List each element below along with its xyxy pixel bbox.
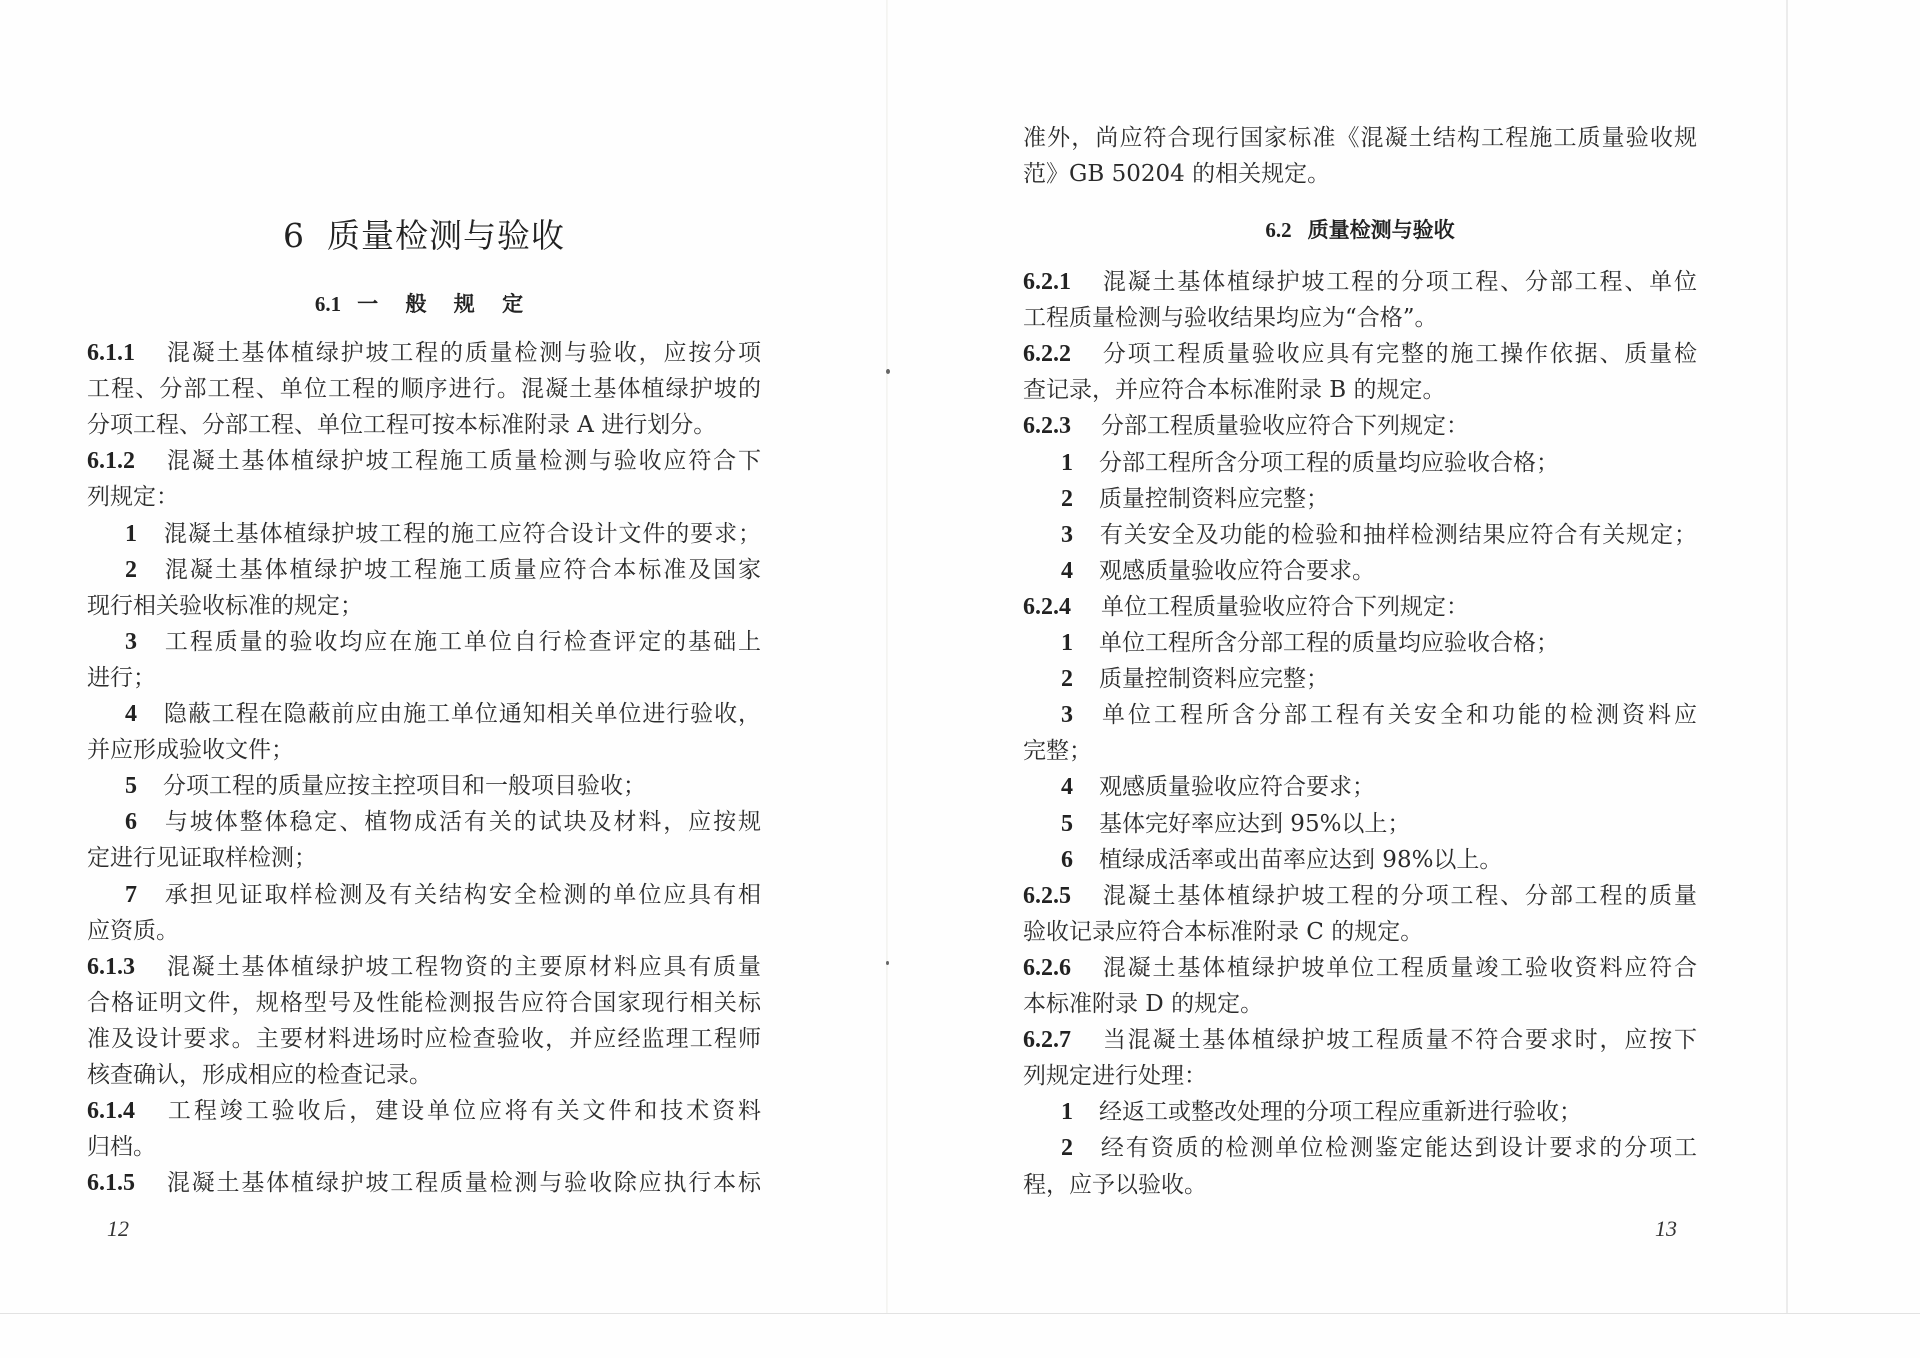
line-text: 观感质量验收应符合要求。 (1099, 558, 1375, 584)
clause-line: 6.2.1混凝土基体植绿护坡工程的分项工程、分部工程、单位 (1023, 264, 1697, 300)
list-item-line: 3工程质量的验收均应在施工单位自行检查评定的基础上 (125, 624, 761, 660)
line-text: 混凝土基体植绿护坡工程的质量检测与验收，应按分项 (165, 340, 761, 366)
text-line: 工程质量检测与验收结果均应为“合格”。 (1023, 300, 1697, 336)
left-page: 6质量检测与验收 6.1一 般 规 定 6.1.1混凝土基体植绿护坡工程的质量检… (87, 0, 787, 1313)
line-text: 单位工程所含分部工程有关安全和功能的检测资料应 (1099, 702, 1697, 728)
line-text: 进行； (87, 665, 156, 691)
item-number: 4 (125, 696, 163, 732)
list-item-line: 1混凝土基体植绿护坡工程的施工应符合设计文件的要求； (125, 516, 761, 552)
line-text: 与坡体整体稳定、植物成活有关的试块及材料，应按规 (163, 809, 761, 835)
text-line: 程，应予以验收。 (1023, 1167, 1697, 1203)
clause-number: 6.2.7 (1023, 1022, 1101, 1058)
text-line: 核查确认，形成相应的检查记录。 (87, 1057, 761, 1093)
chapter-title: 6质量检测与验收 (87, 210, 761, 257)
item-number: 3 (1061, 517, 1099, 553)
line-text: 分部工程质量验收应符合下列规定： (1101, 413, 1469, 439)
line-text: 并应形成验收文件； (87, 737, 294, 763)
list-item-line: 7承担见证取样检测及有关结构安全检测的单位应具有相 (125, 877, 761, 913)
line-text: 准及设计要求。主要材料进场时应检查验收，并应经监理工程师 (87, 1026, 761, 1052)
text-line: 准及设计要求。主要材料进场时应检查验收，并应经监理工程师 (87, 1021, 761, 1057)
text-line: 本标准附录 D 的规定。 (1023, 986, 1697, 1022)
line-text: 基体完好率应达到 95%以上； (1099, 811, 1410, 837)
clause-line: 6.1.2混凝土基体植绿护坡工程施工质量检测与验收应符合下 (87, 443, 761, 479)
list-item-line: 5基体完好率应达到 95%以上； (1061, 806, 1697, 842)
clause-line: 6.1.1混凝土基体植绿护坡工程的质量检测与验收，应按分项 (87, 335, 761, 371)
clause-number: 6.1.5 (87, 1165, 165, 1201)
section-title-text: 一 般 规 定 (357, 292, 533, 316)
line-text: 混凝土基体植绿护坡工程施工质量检测与验收应符合下 (165, 448, 761, 474)
line-text: 混凝土基体植绿护坡工程施工质量应符合本标准及国家 (163, 557, 761, 583)
item-number: 5 (125, 768, 163, 804)
scan-speck (886, 369, 890, 374)
line-text: 当混凝土基体植绿护坡工程质量不符合要求时，应按下 (1101, 1027, 1697, 1053)
clause-number: 6.2.6 (1023, 950, 1101, 986)
line-text: 本标准附录 D 的规定。 (1023, 991, 1263, 1017)
clause-line: 6.2.6混凝土基体植绿护坡单位工程质量竣工验收资料应符合 (1023, 950, 1697, 986)
page-edge-bottom (0, 1313, 1920, 1314)
section-title-text: 质量检测与验收 (1308, 218, 1455, 242)
line-text: 范》GB 50204 的相关规定。 (1023, 161, 1330, 187)
list-item-line: 2质量控制资料应完整； (1061, 661, 1697, 697)
item-number: 1 (125, 516, 163, 552)
item-number: 2 (1061, 661, 1099, 697)
list-item-line: 1单位工程所含分部工程的质量均应验收合格； (1061, 625, 1697, 661)
clause-number: 6.2.3 (1023, 408, 1101, 444)
page-number: 12 (107, 1216, 129, 1242)
clause-line: 6.2.7当混凝土基体植绿护坡工程质量不符合要求时，应按下 (1023, 1022, 1697, 1058)
line-text: 经返工或整改处理的分项工程应重新进行验收； (1099, 1099, 1582, 1125)
item-number: 2 (1061, 481, 1099, 517)
line-text: 应资质。 (87, 918, 179, 944)
list-item-line: 4隐蔽工程在隐蔽前应由施工单位通知相关单位进行验收， (125, 696, 761, 732)
clause-line: 6.2.2分项工程质量验收应具有完整的施工操作依据、质量检 (1023, 336, 1697, 372)
page-number: 13 (1655, 1216, 1677, 1242)
line-text: 工程竣工验收后，建设单位应将有关文件和技术资料 (165, 1098, 761, 1124)
text-line: 列规定： (87, 479, 761, 515)
text-line: 现行相关验收标准的规定； (87, 588, 761, 624)
list-item-line: 2混凝土基体植绿护坡工程施工质量应符合本标准及国家 (125, 552, 761, 588)
text-line: 准外，尚应符合现行国家标准《混凝土结构工程施工质量验收规 (1023, 120, 1697, 156)
list-item-line: 4观感质量验收应符合要求； (1061, 769, 1697, 805)
section-title: 6.1一 般 规 定 (87, 288, 761, 318)
text-line: 分项工程、分部工程、单位工程可按本标准附录 A 进行划分。 (87, 407, 761, 443)
list-item-line: 2经有资质的检测单位检测鉴定能达到设计要求的分项工 (1061, 1130, 1697, 1166)
line-text: 植绿成活率或出苗率应达到 98%以上。 (1099, 847, 1502, 873)
line-text: 工程、分部工程、单位工程的顺序进行。混凝土基体植绿护坡的 (87, 376, 761, 402)
item-number: 1 (1061, 445, 1099, 481)
line-text: 完整； (1023, 738, 1092, 764)
line-text: 查记录，并应符合本标准附录 B 的规定。 (1023, 377, 1446, 403)
text-line: 范》GB 50204 的相关规定。 (1023, 156, 1697, 192)
line-text: 合格证明文件，规格型号及性能检测报告应符合国家现行相关标 (87, 990, 761, 1016)
line-text: 混凝土基体植绿护坡单位工程质量竣工验收资料应符合 (1101, 955, 1697, 981)
list-item-line: 1分部工程所含分项工程的质量均应验收合格； (1061, 445, 1697, 481)
item-number: 6 (125, 804, 163, 840)
line-text: 归档。 (87, 1134, 156, 1160)
list-item-line: 3有关安全及功能的检验和抽样检测结果应符合有关规定； (1061, 517, 1697, 553)
item-number: 3 (125, 624, 163, 660)
line-text: 列规定进行处理： (1023, 1063, 1207, 1089)
text-line: 工程、分部工程、单位工程的顺序进行。混凝土基体植绿护坡的 (87, 371, 761, 407)
section-title: 6.2质量检测与验收 (1023, 214, 1697, 244)
line-text: 分部工程所含分项工程的质量均应验收合格； (1099, 450, 1559, 476)
clause-number: 6.1.4 (87, 1093, 165, 1129)
line-text: 定进行见证取样检测； (87, 845, 317, 871)
section-number: 6.2 (1265, 218, 1291, 242)
line-text: 程，应予以验收。 (1023, 1172, 1207, 1198)
item-number: 2 (1061, 1130, 1099, 1166)
text-line: 验收记录应符合本标准附录 C 的规定。 (1023, 914, 1697, 950)
page-gutter (886, 0, 888, 1313)
list-item-line: 5分项工程的质量应按主控项目和一般项目验收； (125, 768, 761, 804)
list-item-line: 2质量控制资料应完整； (1061, 481, 1697, 517)
line-text: 混凝土基体植绿护坡工程物资的主要原材料应具有质量 (165, 954, 761, 980)
item-number: 1 (1061, 625, 1099, 661)
line-text: 单位工程质量验收应符合下列规定： (1101, 594, 1469, 620)
line-text: 承担见证取样检测及有关结构安全检测的单位应具有相 (163, 882, 761, 908)
clause-line: 6.2.5混凝土基体植绿护坡工程的分项工程、分部工程的质量 (1023, 878, 1697, 914)
list-item-line: 6与坡体整体稳定、植物成活有关的试块及材料，应按规 (125, 804, 761, 840)
clause-line: 6.2.3分部工程质量验收应符合下列规定： (1023, 408, 1697, 444)
clause-number: 6.2.2 (1023, 336, 1101, 372)
line-text: 验收记录应符合本标准附录 C 的规定。 (1023, 919, 1423, 945)
item-number: 4 (1061, 769, 1099, 805)
text-line: 进行； (87, 660, 761, 696)
clause-line: 6.1.5混凝土基体植绿护坡工程质量检测与验收除应执行本标 (87, 1165, 761, 1201)
item-number: 5 (1061, 806, 1099, 842)
item-number: 2 (125, 552, 163, 588)
line-text: 混凝土基体植绿护坡工程的分项工程、分部工程的质量 (1101, 883, 1697, 909)
item-number: 1 (1061, 1094, 1099, 1130)
line-text: 质量控制资料应完整； (1099, 486, 1329, 512)
line-text: 混凝土基体植绿护坡工程的施工应符合设计文件的要求； (163, 521, 761, 547)
text-line: 合格证明文件，规格型号及性能检测报告应符合国家现行相关标 (87, 985, 761, 1021)
text-line: 列规定进行处理： (1023, 1058, 1697, 1094)
line-text: 现行相关验收标准的规定； (87, 593, 363, 619)
line-text: 分项工程、分部工程、单位工程可按本标准附录 A 进行划分。 (87, 412, 716, 438)
clause-number: 6.1.3 (87, 949, 165, 985)
line-text: 工程质量检测与验收结果均应为“合格”。 (1023, 305, 1438, 331)
chapter-title-text: 质量检测与验收 (327, 216, 565, 255)
line-text: 准外，尚应符合现行国家标准《混凝土结构工程施工质量验收规 (1023, 125, 1697, 151)
line-text: 经有资质的检测单位检测鉴定能达到设计要求的分项工 (1099, 1135, 1697, 1161)
text-line: 归档。 (87, 1129, 761, 1165)
item-number: 7 (125, 877, 163, 913)
list-item-line: 4观感质量验收应符合要求。 (1061, 553, 1697, 589)
line-text: 混凝土基体植绿护坡工程的分项工程、分部工程、单位 (1101, 269, 1697, 295)
clause-number: 6.1.2 (87, 443, 165, 479)
line-text: 列规定： (87, 484, 179, 510)
line-text: 分项工程的质量应按主控项目和一般项目验收； (163, 773, 646, 799)
line-text: 观感质量验收应符合要求； (1099, 774, 1375, 800)
line-text: 质量控制资料应完整； (1099, 666, 1329, 692)
item-number: 3 (1061, 697, 1099, 733)
text-line: 定进行见证取样检测； (87, 840, 761, 876)
right-page: 准外，尚应符合现行国家标准《混凝土结构工程施工质量验收规范》GB 50204 的… (1023, 0, 1723, 1313)
line-text: 分项工程质量验收应具有完整的施工操作依据、质量检 (1101, 341, 1697, 367)
scan-speck (886, 961, 889, 965)
line-text: 核查确认，形成相应的检查记录。 (87, 1062, 432, 1088)
list-item-line: 3单位工程所含分部工程有关安全和功能的检测资料应 (1061, 697, 1697, 733)
text-line: 并应形成验收文件； (87, 732, 761, 768)
clause-number: 6.2.5 (1023, 878, 1101, 914)
text-line: 应资质。 (87, 913, 761, 949)
clause-line: 6.1.3混凝土基体植绿护坡工程物资的主要原材料应具有质量 (87, 949, 761, 985)
line-text: 隐蔽工程在隐蔽前应由施工单位通知相关单位进行验收， (163, 701, 761, 727)
chapter-number: 6 (283, 216, 305, 255)
line-text: 工程质量的验收均应在施工单位自行检查评定的基础上 (163, 629, 761, 655)
line-text: 混凝土基体植绿护坡工程质量检测与验收除应执行本标 (165, 1170, 761, 1196)
scanned-book-spread: 6质量检测与验收 6.1一 般 规 定 6.1.1混凝土基体植绿护坡工程的质量检… (0, 0, 1920, 1358)
text-line: 查记录，并应符合本标准附录 B 的规定。 (1023, 372, 1697, 408)
list-item-line: 1经返工或整改处理的分项工程应重新进行验收； (1061, 1094, 1697, 1130)
item-number: 4 (1061, 553, 1099, 589)
text-line: 完整； (1023, 733, 1697, 769)
clause-number: 6.2.1 (1023, 264, 1101, 300)
clause-line: 6.1.4工程竣工验收后，建设单位应将有关文件和技术资料 (87, 1093, 761, 1129)
clause-number: 6.1.1 (87, 335, 165, 371)
item-number: 6 (1061, 842, 1099, 878)
page-edge-right (1786, 0, 1788, 1313)
section-number: 6.1 (315, 292, 341, 316)
line-text: 有关安全及功能的检验和抽样检测结果应符合有关规定； (1099, 522, 1697, 548)
line-text: 单位工程所含分部工程的质量均应验收合格； (1099, 630, 1559, 656)
list-item-line: 6植绿成活率或出苗率应达到 98%以上。 (1061, 842, 1697, 878)
clause-line: 6.2.4单位工程质量验收应符合下列规定： (1023, 589, 1697, 625)
clause-number: 6.2.4 (1023, 589, 1101, 625)
